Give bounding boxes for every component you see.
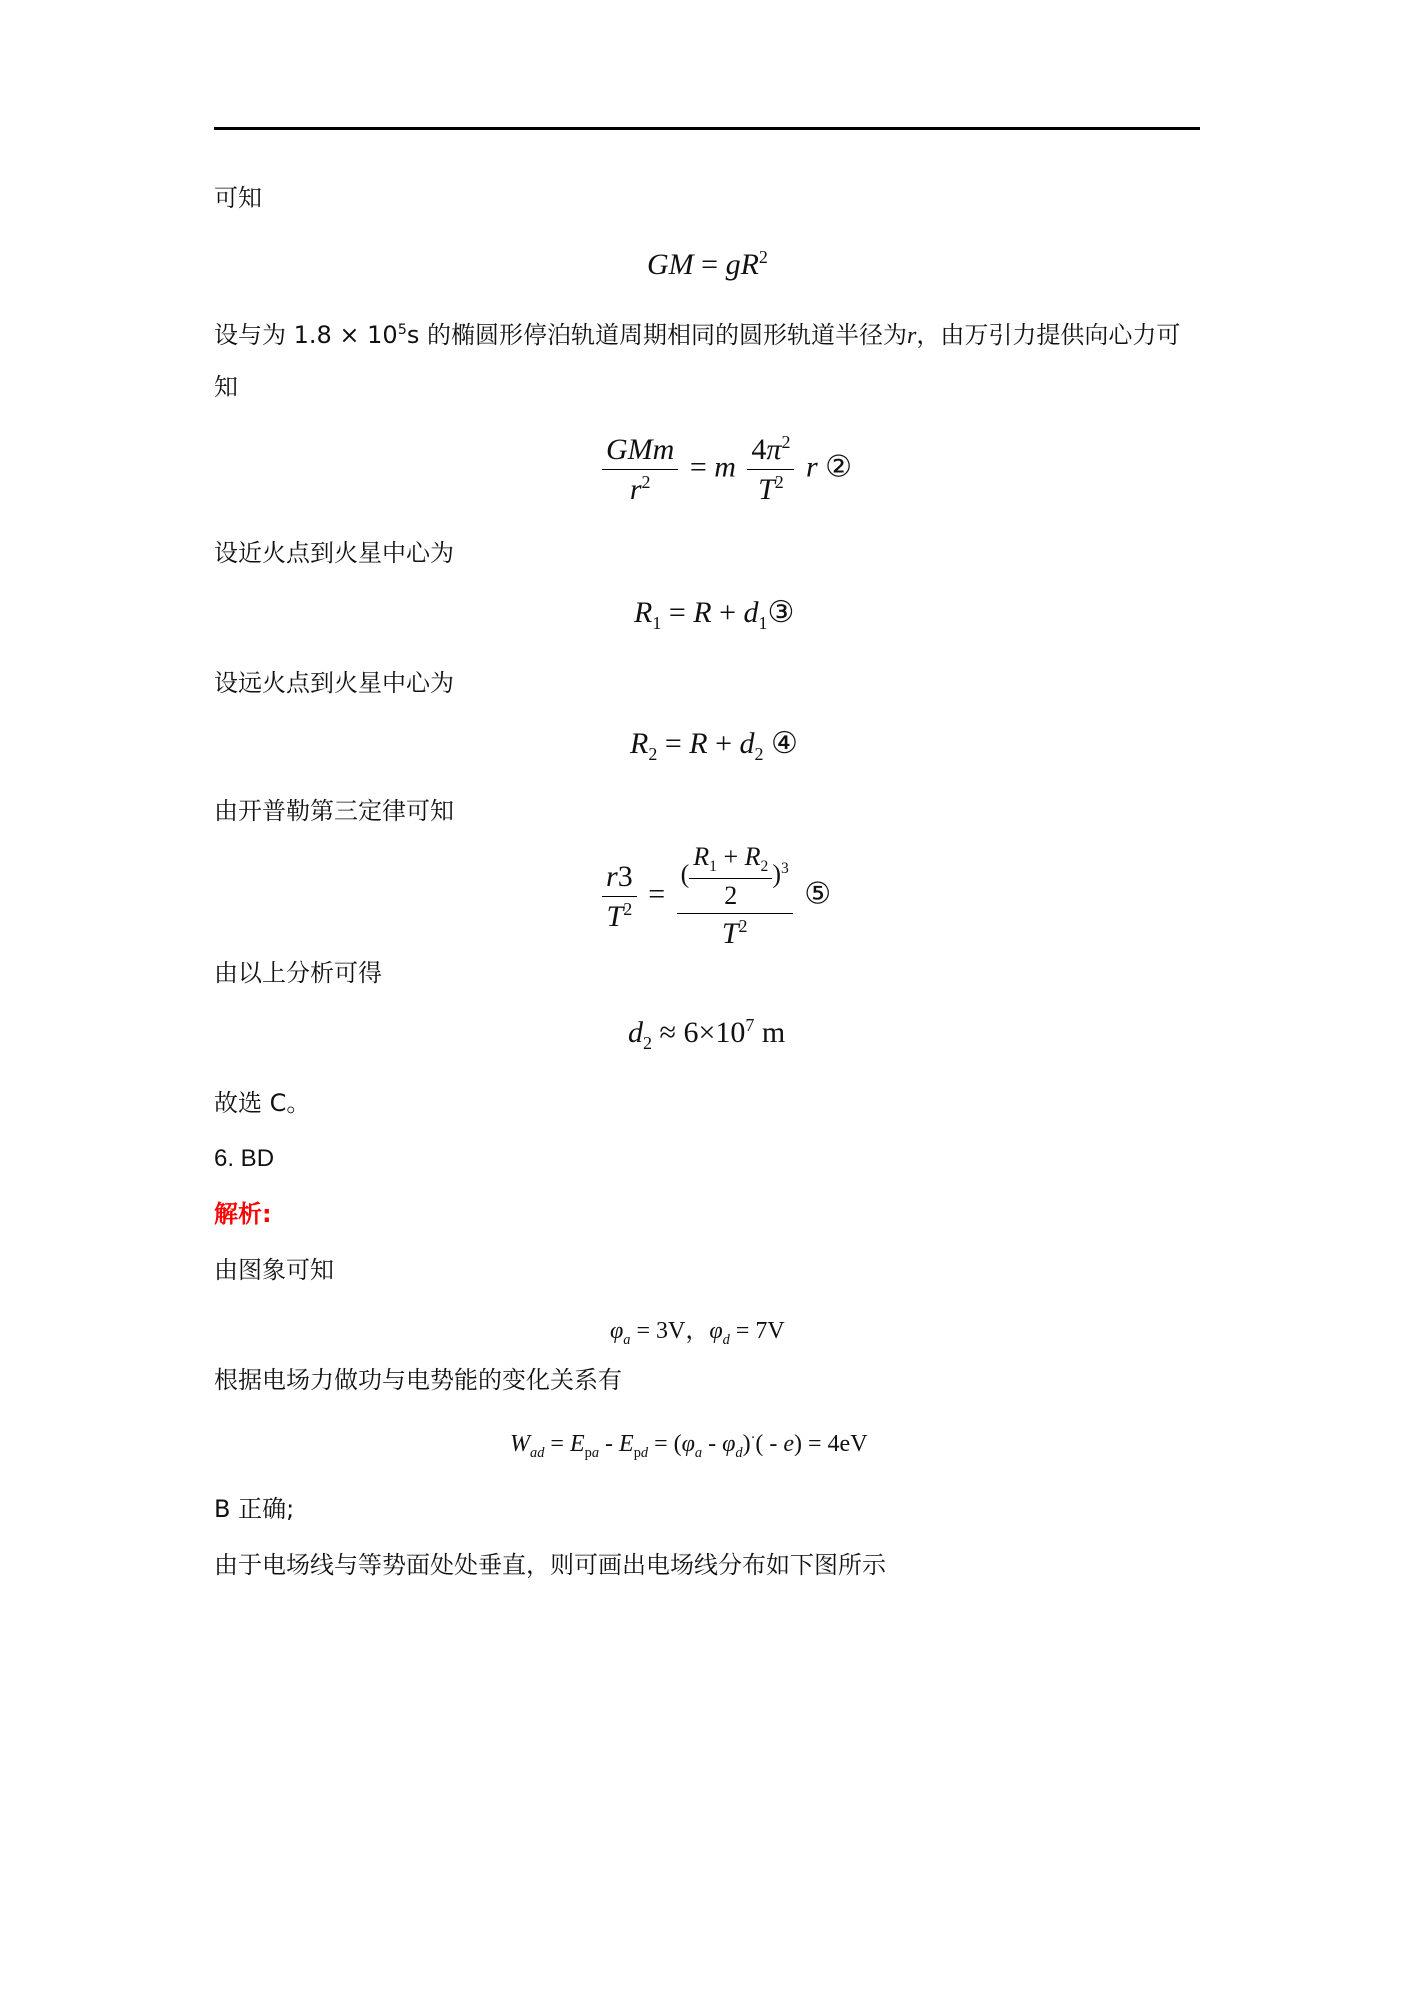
text-line: 设与为 1.8 × 105s 的椭圆形停泊轨道周期相同的圆形轨道半径为r，由万引… [214, 315, 1180, 351]
equation-7: φa = 3V，φd = 7V [610, 1310, 785, 1349]
text-line: 由图象可知 [214, 1255, 334, 1285]
equation-2: GMmr2 = m 4π2T2 r ② [598, 432, 852, 507]
analysis-label: 解析: [214, 1199, 272, 1229]
equation-5: r3T2 = (R1 + R22)3T2 ⑤ [598, 842, 831, 951]
text-line: 由以上分析可得 [214, 958, 382, 988]
equation-8: Wad = Epa - Epd = (φa - φd)·( - e) = 4eV [510, 1430, 868, 1462]
text-line: B 正确; [214, 1494, 294, 1524]
answer-label: 6. BD [214, 1144, 274, 1174]
equation-6: d2 ≈ 6×107 m [628, 1015, 785, 1054]
header-rule [214, 127, 1200, 130]
text-line: 知 [214, 372, 238, 402]
text-line: 根据电场力做功与电势能的变化关系有 [214, 1365, 622, 1395]
text-line: 设近火点到火星中心为 [214, 538, 454, 568]
text-line: 由开普勒第三定律可知 [214, 796, 454, 826]
text-line: 由于电场线与等势面处处垂直，则可画出电场线分布如下图所示 [214, 1550, 886, 1580]
equation-gm-gr2: GM = gR2 [647, 247, 768, 282]
text-line: 可知 [214, 183, 262, 213]
text-line: 设远火点到火星中心为 [214, 668, 454, 698]
equation-4: R2 = R + d2 ④ [630, 726, 798, 765]
text-line: 故选 C。 [214, 1088, 310, 1118]
equation-3: R1 = R + d1③ [634, 595, 794, 634]
